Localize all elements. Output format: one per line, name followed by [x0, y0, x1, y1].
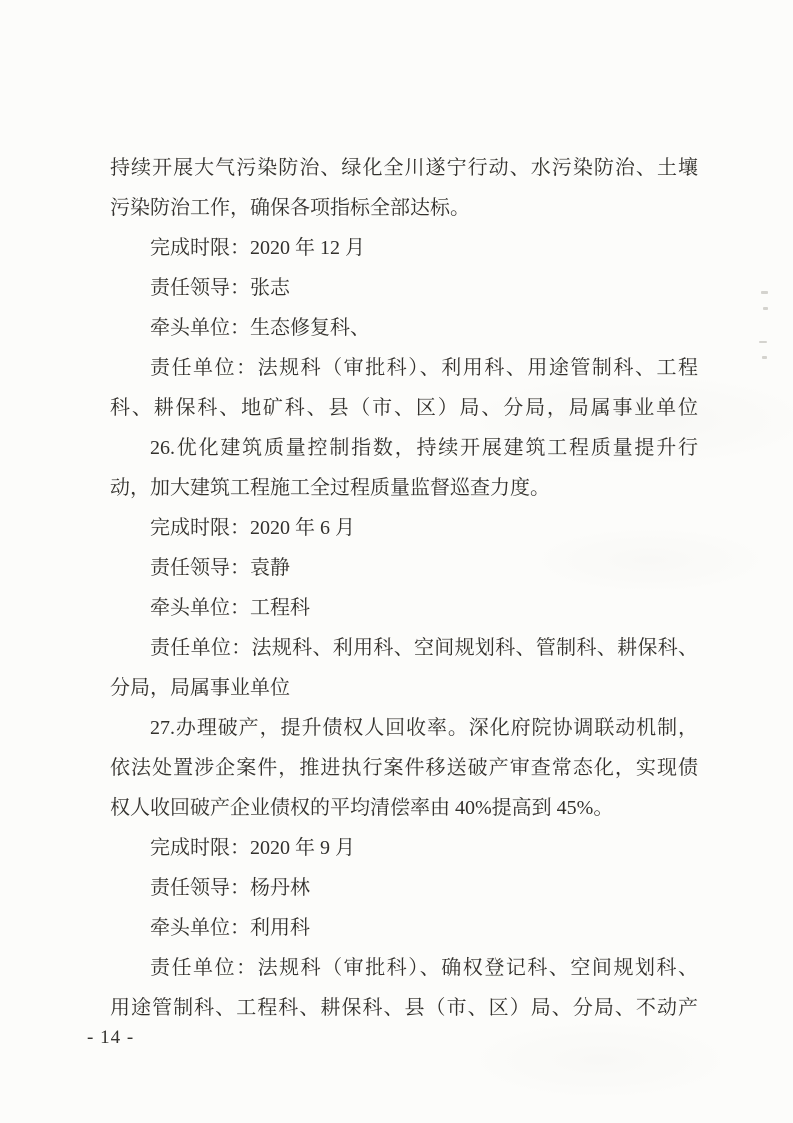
doc-line-lead-unit-2: 牵头单位：工程科 — [110, 588, 698, 628]
doc-line-resp-unit-1b: 科、耕保科、地矿科、县（市、区）局、分局，局属事业单位 — [110, 388, 698, 428]
doc-line-deadline-2: 完成时限：2020 年 6 月 — [110, 508, 698, 548]
doc-line-deadline-3: 完成时限：2020 年 9 月 — [110, 828, 698, 868]
doc-line-2: 污染防治工作，确保各项指标全部达标。 — [110, 188, 698, 228]
doc-line-resp-unit-1a: 责任单位：法规科（审批科）、利用科、用途管制科、工程 — [110, 348, 698, 388]
doc-line-resp-unit-3a: 责任单位：法规科（审批科）、确权登记科、空间规划科、 — [110, 948, 698, 988]
page-number: - 14 - — [87, 1023, 134, 1053]
scan-artifact — [759, 341, 767, 343]
doc-line-item-26a: 26.优化建筑质量控制指数，持续开展建筑工程质量提升行 — [110, 428, 698, 468]
doc-line-deadline-1: 完成时限：2020 年 12 月 — [110, 228, 698, 268]
doc-line-resp-unit-2a: 责任单位：法规科、利用科、空间规划科、管制科、耕保科、 — [110, 628, 698, 668]
doc-line-lead-unit-3: 牵头单位：利用科 — [110, 908, 698, 948]
doc-line-resp-unit-2b: 分局，局属事业单位 — [110, 668, 698, 708]
doc-line-leader-3: 责任领导：杨丹林 — [110, 868, 698, 908]
doc-line-leader-2: 责任领导：袁静 — [110, 548, 698, 588]
doc-line-resp-unit-3b: 用途管制科、工程科、耕保科、县（市、区）局、分局、不动产 — [110, 988, 698, 1028]
doc-line-lead-unit-1: 牵头单位：生态修复科、 — [110, 308, 698, 348]
doc-line-item-26b: 动，加大建筑工程施工全过程质量监督巡查力度。 — [110, 468, 698, 508]
scanned-document-page: 持续开展大气污染防治、绿化全川遂宁行动、水污染防治、土壤 污染防治工作，确保各项… — [0, 0, 793, 1123]
document-body: 持续开展大气污染防治、绿化全川遂宁行动、水污染防治、土壤 污染防治工作，确保各项… — [110, 148, 698, 1028]
doc-line-item-27a: 27.办理破产，提升债权人回收率。深化府院协调联动机制， — [110, 708, 698, 748]
scan-artifact — [761, 291, 768, 294]
scan-artifact — [763, 307, 768, 310]
doc-line-item-27b: 依法处置涉企案件，推进执行案件移送破产审查常态化，实现债 — [110, 748, 698, 788]
doc-line-item-27c: 权人收回破产企业债权的平均清偿率由 40%提高到 45%。 — [110, 788, 698, 828]
scan-artifact — [762, 356, 767, 359]
doc-line-leader-1: 责任领导：张志 — [110, 268, 698, 308]
doc-line-1: 持续开展大气污染防治、绿化全川遂宁行动、水污染防治、土壤 — [110, 148, 698, 188]
